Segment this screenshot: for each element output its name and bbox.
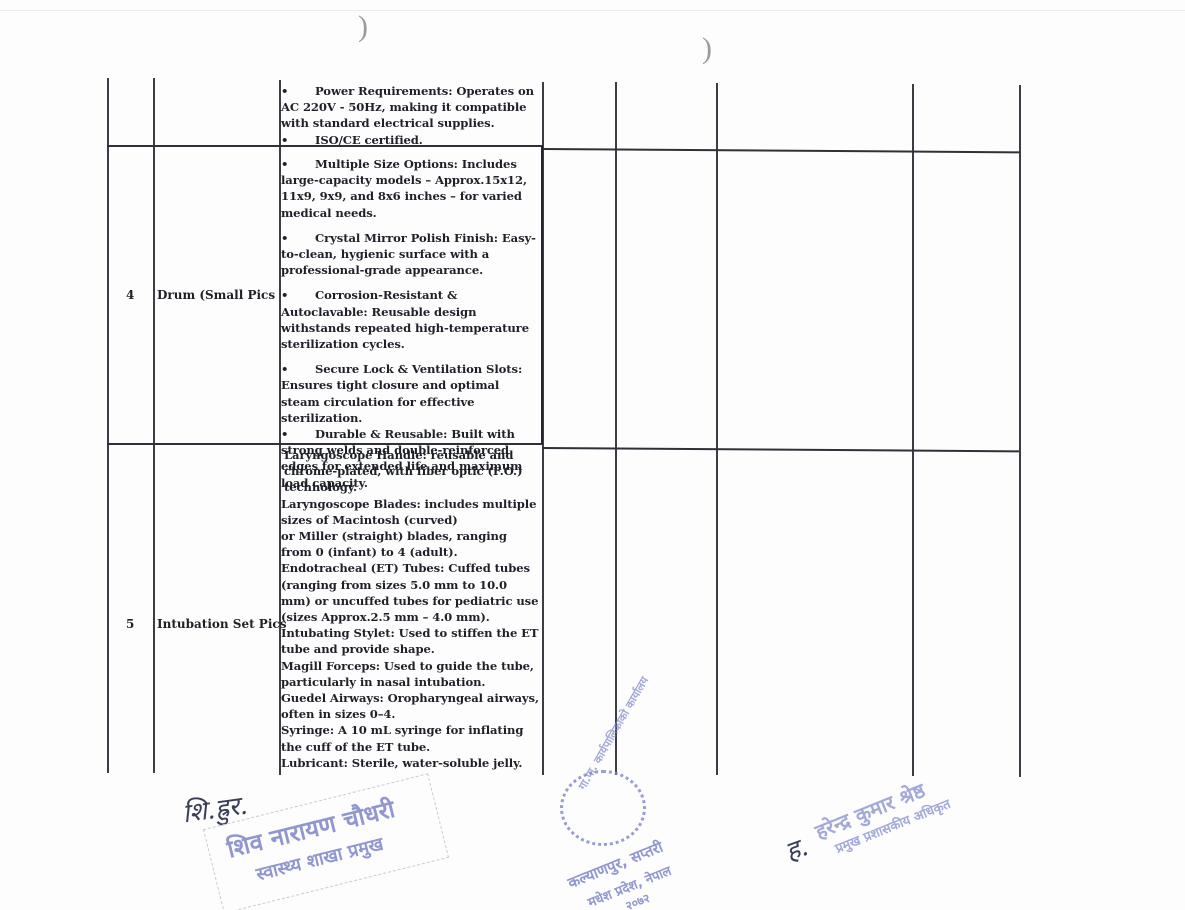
spec-cell-row-continued: •Power Requirements: Operates on AC 220V… [281, 83, 543, 148]
right-stamp: हरेन्द्र कुमार श्रेष्ठ प्रमुख प्रशासकीय … [811, 774, 942, 862]
spec-bullet: •ISO/CE certified. [281, 132, 543, 148]
table-col-border [107, 78, 109, 773]
table-col-border [153, 78, 155, 773]
bullet-icon: • [281, 230, 315, 246]
table-col-border [615, 82, 617, 775]
bullet-icon: • [281, 83, 315, 99]
bullet-icon: • [281, 132, 315, 148]
page-mark-left: ) [358, 10, 368, 44]
row-item-name: Drum (Small Pics [157, 288, 275, 302]
spec-line: or Miller (straight) blades, ranging fro… [281, 528, 539, 560]
right-signature: ह. [780, 827, 813, 868]
bullet-icon: • [281, 156, 315, 172]
spec-line: Laryngoscope Handle: reusable and chrome… [281, 447, 539, 496]
spec-line: Guedel Airways: Oropharyngeal airways, o… [281, 690, 539, 722]
bullet-icon: • [281, 361, 315, 377]
spec-bullet: •Corrosion-Resistant & Autoclavable: Reu… [281, 287, 541, 352]
spec-cell-intubation: Laryngoscope Handle: reusable and chrome… [281, 447, 539, 771]
office-seal: गा.पा. कार्यपालिकाको कार्यालय कल्याणपुर,… [535, 765, 695, 910]
row-divider [542, 148, 1019, 153]
table-col-border [716, 83, 718, 775]
seal-emblem-icon [560, 770, 646, 846]
spec-line: Intubating Stylet: Used to stiffen the E… [281, 625, 539, 657]
row-serial-number: 5 [126, 617, 134, 631]
spec-line: Lubricant: Sterile, water-soluble jelly. [281, 755, 539, 771]
row-divider [542, 447, 1019, 452]
spec-line: Magill Forceps: Used to guide the tube, … [281, 658, 539, 690]
spec-bullet: •Secure Lock & Ventilation Slots: Ensure… [281, 361, 541, 426]
spec-cell-border [541, 146, 543, 444]
spec-line: Laryngoscope Blades: includes multiple s… [281, 496, 539, 528]
table-col-border [912, 84, 914, 776]
spec-bullet: •Crystal Mirror Polish Finish: Easy-to-c… [281, 230, 541, 279]
row-serial-number: 4 [126, 288, 134, 302]
spec-cell-drum: •Multiple Size Options: Includes large-c… [281, 156, 541, 491]
bullet-icon: • [281, 287, 315, 303]
bullet-icon: • [281, 426, 315, 442]
spec-bullet: •Multiple Size Options: Includes large-c… [281, 156, 541, 221]
page-mark-right: ) [702, 32, 712, 66]
table-col-border [1019, 85, 1021, 777]
scan-artifact-line [0, 10, 1185, 11]
spec-line: Syringe: A 10 mL syringe for inflating t… [281, 722, 539, 754]
spec-line: Endotracheal (ET) Tubes: Cuffed tubes (r… [281, 560, 539, 625]
spec-bullet: •Power Requirements: Operates on AC 220V… [281, 83, 543, 132]
row-item-name: Intubation Set Pics [157, 617, 286, 631]
